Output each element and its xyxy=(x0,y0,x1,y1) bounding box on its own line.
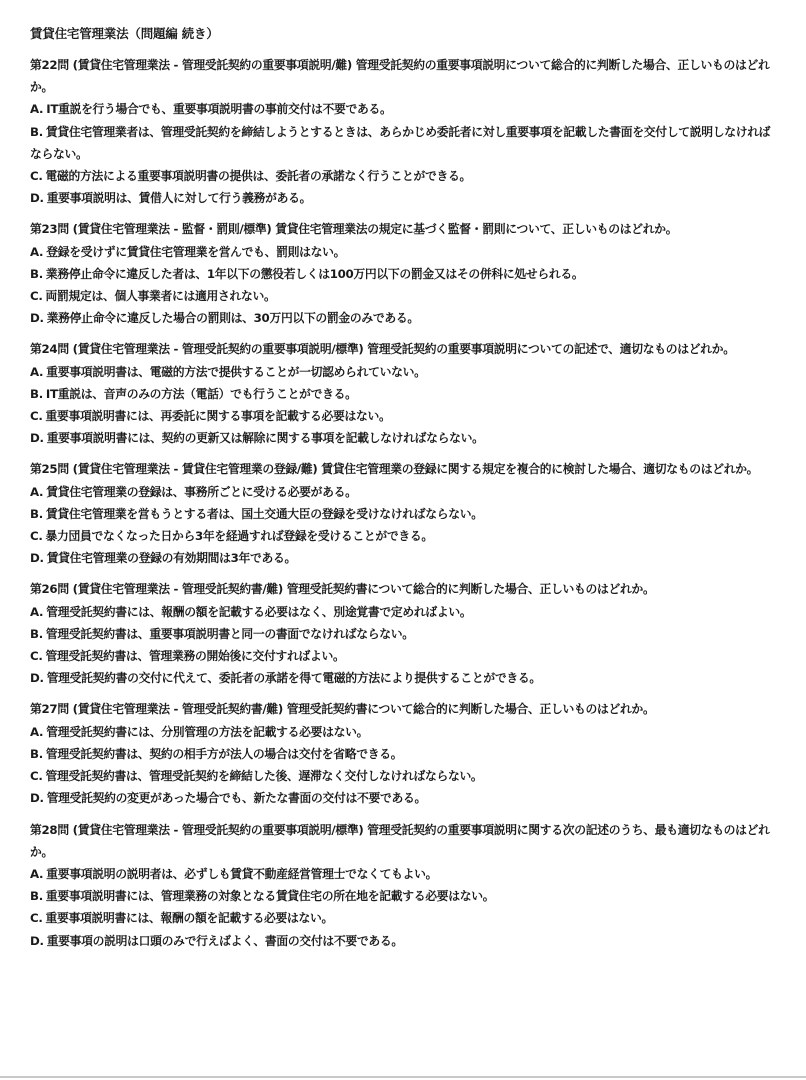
option-c: C.管理受託契約書は、管理受託契約を締結した後、遅滞なく交付しなければならない。 xyxy=(30,765,780,787)
option-letter: A. xyxy=(30,365,43,379)
option-letter: B. xyxy=(30,125,43,139)
option-letter: C. xyxy=(30,169,43,183)
option-d: D.賃貸住宅管理業の登録の有効期間は3年である。 xyxy=(30,547,780,569)
page-bottom-divider xyxy=(0,1076,806,1078)
question-number: 第27問 xyxy=(30,702,69,716)
question-category: (賃貸住宅管理業法 - 賃貸住宅管理業の登録/難) xyxy=(73,462,318,476)
question-27: 第27問 (賃貸住宅管理業法 - 管理受託契約書/難) 管理受託契約書について総… xyxy=(30,698,780,809)
question-number: 第24問 xyxy=(30,342,69,356)
option-c: C.重要事項説明書には、報酬の額を記載する必要はない。 xyxy=(30,907,780,929)
option-text: 管理受託契約書の交付に代えて、委託者の承諾を得て電磁的方法により提供することがで… xyxy=(47,671,541,685)
option-letter: D. xyxy=(30,934,44,948)
option-text: 電磁的方法による重要事項説明書の提供は、委託者の承諾なく行うことができる。 xyxy=(46,169,471,183)
option-letter: A. xyxy=(30,485,43,499)
option-text: 重要事項説明書には、再委託に関する事項を記載する必要はない。 xyxy=(46,409,391,423)
question-24: 第24問 (賃貸住宅管理業法 - 管理受託契約の重要事項説明/標準) 管理受託契… xyxy=(30,338,780,449)
option-d: D.管理受託契約書の交付に代えて、委託者の承諾を得て電磁的方法により提供すること… xyxy=(30,667,780,689)
question-prompt: 管理受託契約書について総合的に判断した場合、正しいものはどれか。 xyxy=(287,702,655,716)
option-text: 重要事項説明書には、管理業務の対象となる賃貸住宅の所在地を記載する必要はない。 xyxy=(46,889,494,903)
option-text: 両罰規定は、個人事業者には適用されない。 xyxy=(46,289,276,303)
option-a: A.IT重説を行う場合でも、重要事項説明書の事前交付は不要である。 xyxy=(30,98,780,120)
question-heading: 第23問 (賃貸住宅管理業法 - 監督・罰則/標準) 賃貸住宅管理業法の規定に基… xyxy=(30,218,780,240)
option-text: 賃貸住宅管理業者は、管理受託契約を締結しようとするときは、あらかじめ委託者に対し… xyxy=(30,125,770,161)
option-text: 重要事項説明書は、電磁的方法で提供することが一切認められていない。 xyxy=(46,365,425,379)
option-text: 暴力団員でなくなった日から3年を経過すれば登録を受けることができる。 xyxy=(46,529,433,543)
option-text: 管理受託契約書は、管理受託契約を締結した後、遅滞なく交付しなければならない。 xyxy=(46,769,483,783)
question-number: 第26問 xyxy=(30,582,69,596)
question-heading: 第26問 (賃貸住宅管理業法 - 管理受託契約書/難) 管理受託契約書について総… xyxy=(30,578,780,600)
option-text: 業務停止命令に違反した者は、1年以下の懲役若しくは100万円以下の罰金又はその併… xyxy=(46,267,584,281)
question-prompt: 賃貸住宅管理業法の規定に基づく監督・罰則について、正しいものはどれか。 xyxy=(275,222,677,236)
question-heading: 第27問 (賃貸住宅管理業法 - 管理受託契約書/難) 管理受託契約書について総… xyxy=(30,698,780,720)
option-letter: C. xyxy=(30,529,43,543)
option-text: 業務停止命令に違反した場合の罰則は、30万円以下の罰金のみである。 xyxy=(47,311,419,325)
option-a: A.賃貸住宅管理業の登録は、事務所ごとに受ける必要がある。 xyxy=(30,481,780,503)
question-category: (賃貸住宅管理業法 - 管理受託契約の重要事項説明/標準) xyxy=(73,823,364,837)
question-category: (賃貸住宅管理業法 - 管理受託契約の重要事項説明/難) xyxy=(73,58,352,72)
option-letter: D. xyxy=(30,551,44,565)
option-letter: B. xyxy=(30,889,43,903)
question-category: (賃貸住宅管理業法 - 管理受託契約の重要事項説明/標準) xyxy=(73,342,364,356)
option-text: 管理受託契約書は、重要事項説明書と同一の書面でなければならない。 xyxy=(46,627,414,641)
question-prompt: 管理受託契約書について総合的に判断した場合、正しいものはどれか。 xyxy=(287,582,655,596)
option-letter: D. xyxy=(30,431,44,445)
option-d: D.業務停止命令に違反した場合の罰則は、30万円以下の罰金のみである。 xyxy=(30,307,780,329)
option-b: B.管理受託契約書は、契約の相手方が法人の場合は交付を省略できる。 xyxy=(30,743,780,765)
option-letter: B. xyxy=(30,507,43,521)
option-c: C.両罰規定は、個人事業者には適用されない。 xyxy=(30,285,780,307)
option-c: C.管理受託契約書は、管理業務の開始後に交付すればよい。 xyxy=(30,645,780,667)
option-letter: D. xyxy=(30,671,44,685)
option-text: 管理受託契約書には、分別管理の方法を記載する必要はない。 xyxy=(46,725,368,739)
option-c: C.電磁的方法による重要事項説明書の提供は、委託者の承諾なく行うことができる。 xyxy=(30,165,780,187)
question-prompt: 賃貸住宅管理業の登録に関する規定を複合的に検討した場合、適切なものはどれか。 xyxy=(321,462,758,476)
question-26: 第26問 (賃貸住宅管理業法 - 管理受託契約書/難) 管理受託契約書について総… xyxy=(30,578,780,689)
option-text: 重要事項の説明は口頭のみで行えばよく、書面の交付は不要である。 xyxy=(47,934,403,948)
option-letter: B. xyxy=(30,267,43,281)
option-b: B.業務停止命令に違反した者は、1年以下の懲役若しくは100万円以下の罰金又はそ… xyxy=(30,263,780,285)
option-letter: C. xyxy=(30,769,43,783)
option-a: A.管理受託契約書には、分別管理の方法を記載する必要はない。 xyxy=(30,721,780,743)
option-text: 管理受託契約の変更があった場合でも、新たな書面の交付は不要である。 xyxy=(47,791,426,805)
document-page: 賃貸住宅管理業法（問題編 続き） 第22問 (賃貸住宅管理業法 - 管理受託契約… xyxy=(30,24,780,961)
option-text: 重要事項説明書には、契約の更新又は解除に関する事項を記載しなければならない。 xyxy=(47,431,484,445)
option-text: 管理受託契約書には、報酬の額を記載する必要はなく、別途覚書で定めればよい。 xyxy=(46,605,471,619)
question-number: 第23問 xyxy=(30,222,69,236)
option-b: B.IT重説は、音声のみの方法（電話）でも行うことができる。 xyxy=(30,383,780,405)
option-text: IT重説は、音声のみの方法（電話）でも行うことができる。 xyxy=(46,387,357,401)
option-text: 賃貸住宅管理業を営もうとする者は、国土交通大臣の登録を受けなければならない。 xyxy=(46,507,483,521)
document-title: 賃貸住宅管理業法（問題編 続き） xyxy=(30,24,780,44)
question-category: (賃貸住宅管理業法 - 管理受託契約書/難) xyxy=(73,582,283,596)
option-letter: A. xyxy=(30,605,43,619)
option-letter: A. xyxy=(30,245,43,259)
option-letter: A. xyxy=(30,867,43,881)
question-23: 第23問 (賃貸住宅管理業法 - 監督・罰則/標準) 賃貸住宅管理業法の規定に基… xyxy=(30,218,780,329)
option-letter: A. xyxy=(30,725,43,739)
question-number: 第25問 xyxy=(30,462,69,476)
option-b: B.賃貸住宅管理業者は、管理受託契約を締結しようとするときは、あらかじめ委託者に… xyxy=(30,121,780,165)
option-text: 重要事項説明書には、報酬の額を記載する必要はない。 xyxy=(46,911,333,925)
option-d: D.重要事項の説明は口頭のみで行えばよく、書面の交付は不要である。 xyxy=(30,930,780,952)
option-letter: B. xyxy=(30,747,43,761)
option-text: 賃貸住宅管理業の登録の有効期間は3年である。 xyxy=(47,551,296,565)
question-category: (賃貸住宅管理業法 - 管理受託契約書/難) xyxy=(73,702,283,716)
option-d: D.管理受託契約の変更があった場合でも、新たな書面の交付は不要である。 xyxy=(30,787,780,809)
option-b: B.管理受託契約書は、重要事項説明書と同一の書面でなければならない。 xyxy=(30,623,780,645)
question-category: (賃貸住宅管理業法 - 監督・罰則/標準) xyxy=(73,222,272,236)
option-a: A.管理受託契約書には、報酬の額を記載する必要はなく、別途覚書で定めればよい。 xyxy=(30,601,780,623)
option-letter: D. xyxy=(30,191,44,205)
option-letter: C. xyxy=(30,911,43,925)
question-prompt: 管理受託契約の重要事項説明についての記述で、適切なものはどれか。 xyxy=(367,342,734,356)
question-heading: 第28問 (賃貸住宅管理業法 - 管理受託契約の重要事項説明/標準) 管理受託契… xyxy=(30,819,780,863)
option-letter: D. xyxy=(30,791,44,805)
option-c: C.重要事項説明書には、再委託に関する事項を記載する必要はない。 xyxy=(30,405,780,427)
question-22: 第22問 (賃貸住宅管理業法 - 管理受託契約の重要事項説明/難) 管理受託契約… xyxy=(30,54,780,209)
option-text: 管理受託契約書は、契約の相手方が法人の場合は交付を省略できる。 xyxy=(46,747,402,761)
question-number: 第22問 xyxy=(30,58,69,72)
option-a: A.登録を受けずに賃貸住宅管理業を営んでも、罰則はない。 xyxy=(30,241,780,263)
question-25: 第25問 (賃貸住宅管理業法 - 賃貸住宅管理業の登録/難) 賃貸住宅管理業の登… xyxy=(30,458,780,569)
option-letter: D. xyxy=(30,311,44,325)
option-text: IT重説を行う場合でも、重要事項説明書の事前交付は不要である。 xyxy=(46,102,391,116)
option-a: A.重要事項説明の説明者は、必ずしも賃貸不動産経営管理士でなくてもよい。 xyxy=(30,863,780,885)
option-b: B.賃貸住宅管理業を営もうとする者は、国土交通大臣の登録を受けなければならない。 xyxy=(30,503,780,525)
option-letter: A. xyxy=(30,102,43,116)
option-letter: C. xyxy=(30,289,43,303)
option-a: A.重要事項説明書は、電磁的方法で提供することが一切認められていない。 xyxy=(30,361,780,383)
option-text: 賃貸住宅管理業の登録は、事務所ごとに受ける必要がある。 xyxy=(46,485,356,499)
option-text: 登録を受けずに賃貸住宅管理業を営んでも、罰則はない。 xyxy=(46,245,345,259)
option-letter: C. xyxy=(30,409,43,423)
question-28: 第28問 (賃貸住宅管理業法 - 管理受託契約の重要事項説明/標準) 管理受託契… xyxy=(30,819,780,952)
question-heading: 第22問 (賃貸住宅管理業法 - 管理受託契約の重要事項説明/難) 管理受託契約… xyxy=(30,54,780,98)
option-d: D.重要事項説明は、賃借人に対して行う義務がある。 xyxy=(30,187,780,209)
option-d: D.重要事項説明書には、契約の更新又は解除に関する事項を記載しなければならない。 xyxy=(30,427,780,449)
question-heading: 第24問 (賃貸住宅管理業法 - 管理受託契約の重要事項説明/標準) 管理受託契… xyxy=(30,338,780,360)
option-c: C.暴力団員でなくなった日から3年を経過すれば登録を受けることができる。 xyxy=(30,525,780,547)
option-text: 管理受託契約書は、管理業務の開始後に交付すればよい。 xyxy=(46,649,345,663)
option-letter: C. xyxy=(30,649,43,663)
option-text: 重要事項説明の説明者は、必ずしも賃貸不動産経営管理士でなくてもよい。 xyxy=(46,867,437,881)
option-letter: B. xyxy=(30,627,43,641)
question-heading: 第25問 (賃貸住宅管理業法 - 賃貸住宅管理業の登録/難) 賃貸住宅管理業の登… xyxy=(30,458,780,480)
question-number: 第28問 xyxy=(30,823,69,837)
option-text: 重要事項説明は、賃借人に対して行う義務がある。 xyxy=(47,191,311,205)
option-letter: B. xyxy=(30,387,43,401)
option-b: B.重要事項説明書には、管理業務の対象となる賃貸住宅の所在地を記載する必要はない… xyxy=(30,885,780,907)
